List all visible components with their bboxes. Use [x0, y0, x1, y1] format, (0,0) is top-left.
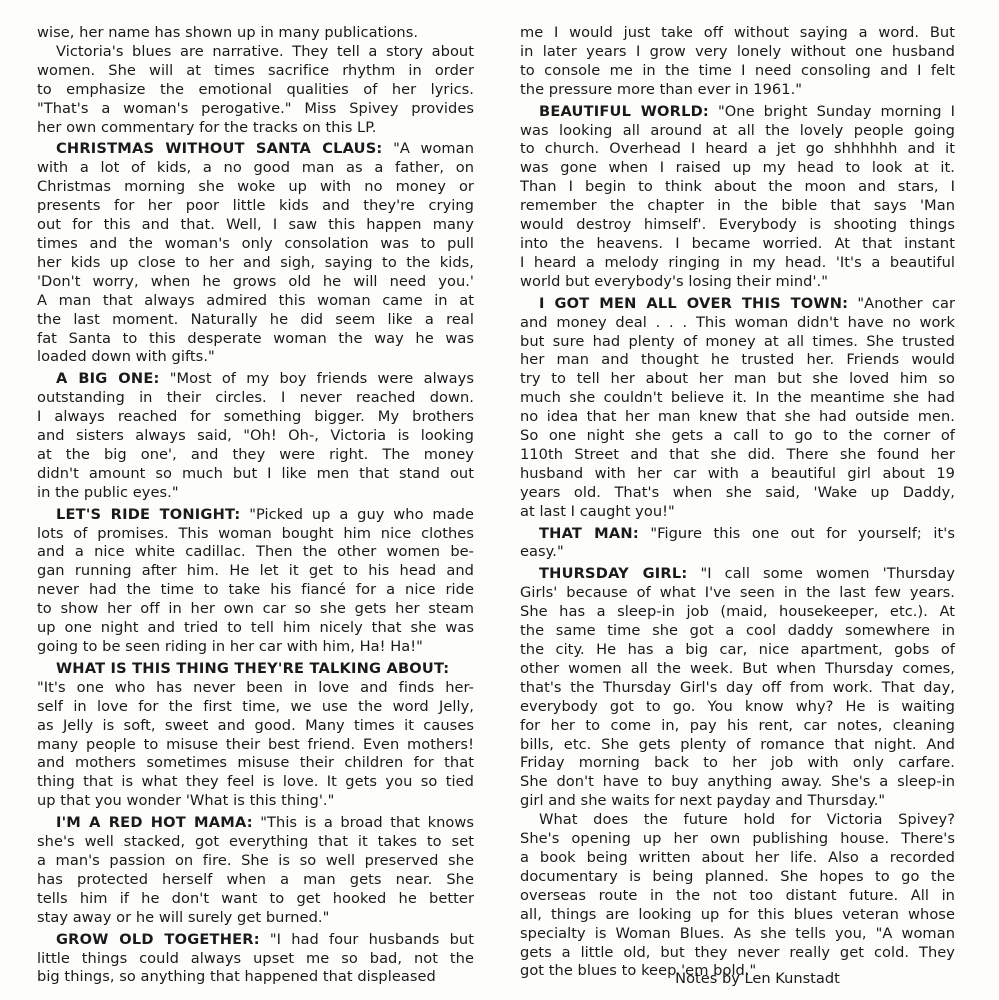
text-line: remember the chapter in the bible that s…: [520, 197, 955, 216]
text-line: stay away or he will surely get burned.": [37, 909, 474, 928]
paragraph-what-is-this-thing: WHAT IS THIS THING THEY'RE TALKING ABOUT…: [37, 660, 474, 811]
text-line: THAT MAN: "Figure this one out for yours…: [520, 525, 955, 544]
text-line: up that you wonder 'What is this thing'.…: [37, 792, 474, 811]
text-line: loaded down with gifts.": [37, 348, 474, 367]
text-line: in later years I grow very lonely withou…: [520, 43, 955, 62]
track-title: BEAUTIFUL WORLD:: [539, 103, 709, 120]
text-line: the last moment. Naturally he did seem l…: [37, 311, 474, 330]
text-line: fat Santa to this desperate woman the wa…: [37, 330, 474, 349]
text-line: "That's a woman's perogative." Miss Spiv…: [37, 100, 474, 119]
text-line: and sisters always said, "Oh! Oh-, Victo…: [37, 427, 474, 446]
text-line: world but everybody's losing their mind'…: [520, 273, 955, 292]
text-line: would destroy himself'. Everybody is sho…: [520, 216, 955, 235]
text-line: her kids up close to her and sigh, sayin…: [37, 254, 474, 273]
text-line: THURSDAY GIRL: "I call some women 'Thurs…: [520, 565, 955, 584]
text-line: other women all the week. But when Thurs…: [520, 660, 955, 679]
text-line: didn't amount so much but I like men tha…: [37, 465, 474, 484]
paragraph-beautiful-world: BEAUTIFUL WORLD: "One bright Sunday morn…: [520, 103, 955, 292]
text-line: to church. Overhead I heard a jet go shh…: [520, 140, 955, 159]
text-line: "It's one who has never been in love and…: [37, 679, 474, 698]
text-line: wise, her name has shown up in many publ…: [37, 24, 474, 43]
text-line: times and the woman's only consolation w…: [37, 235, 474, 254]
track-title: THURSDAY GIRL:: [539, 565, 687, 582]
left-column: wise, her name has shown up in many publ…: [37, 24, 474, 987]
text-line: easy.": [520, 543, 955, 562]
text-line: out for this and that. Well, I saw this …: [37, 216, 474, 235]
text-line: Victoria's blues are narrative. They tel…: [37, 43, 474, 62]
text-line: the city. He has a big car, nice apartme…: [520, 641, 955, 660]
track-title: GROW OLD TOGETHER:: [56, 931, 260, 948]
text-line: years old. That's when she said, 'Wake u…: [520, 484, 955, 503]
text-line: overseas route in the not too distant fu…: [520, 887, 955, 906]
text-line: she's well stacked, got everything that …: [37, 833, 474, 852]
text-line: lots of promises. This woman bought him …: [37, 525, 474, 544]
text-line: as Jelly is soft, sweet and good. Many t…: [37, 717, 474, 736]
text-line: Than I begin to think about the moon and…: [520, 178, 955, 197]
text-line: girl and she waits for next payday and T…: [520, 792, 955, 811]
text-line: never had the time to take his fiancé fo…: [37, 581, 474, 600]
text-line: She's opening up her own publishing hous…: [520, 830, 955, 849]
text-line: specialty is Woman Blues. As she tells y…: [520, 925, 955, 944]
text-line: documentary is being planned. She hopes …: [520, 868, 955, 887]
text-line: outstanding in their circles. I never re…: [37, 389, 474, 408]
paragraph-that-man: THAT MAN: "Figure this one out for yours…: [520, 525, 955, 563]
text-line: Christmas morning she woke up with no mo…: [37, 178, 474, 197]
paragraph-christmas-without-santa-claus: CHRISTMAS WITHOUT SANTA CLAUS: "A womanw…: [37, 140, 474, 367]
text-line: CHRISTMAS WITHOUT SANTA CLAUS: "A woman: [37, 140, 474, 159]
text-line: thing that is what they feel is love. It…: [37, 773, 474, 792]
track-title: A BIG ONE:: [56, 370, 160, 387]
text-line: everybody got to go. You know why? He is…: [520, 698, 955, 717]
text-line: me I would just take off without saying …: [520, 24, 955, 43]
track-title: CHRISTMAS WITHOUT SANTA CLAUS:: [56, 140, 382, 157]
text-line: 110th Street and that she did. There she…: [520, 446, 955, 465]
paragraph-grow-old-together: GROW OLD TOGETHER: "I had four husbands …: [37, 931, 474, 988]
track-title: LET'S RIDE TONIGHT:: [56, 506, 240, 523]
text-line: to show her off in her own car so she ge…: [37, 600, 474, 619]
text-line: BEAUTIFUL WORLD: "One bright Sunday morn…: [520, 103, 955, 122]
paragraph-narrative: Victoria's blues are narrative. They tel…: [37, 43, 474, 138]
paragraph-intro-end: wise, her name has shown up in many publ…: [37, 24, 474, 43]
text-line: up one night and tried to tell him nicel…: [37, 619, 474, 638]
text-line: She don't have to buy anything away. She…: [520, 773, 955, 792]
text-line: was gone when I raised up my head to loo…: [520, 159, 955, 178]
text-line: in the public eyes.": [37, 484, 474, 503]
text-line: gan running after him. He let it get to …: [37, 562, 474, 581]
track-title: WHAT IS THIS THING THEY'RE TALKING ABOUT…: [56, 660, 449, 677]
text-line: going to be seen riding in her car with …: [37, 638, 474, 657]
text-line: was looking all around at all the lovely…: [520, 122, 955, 141]
text-line: much she couldn't believe it. In the mea…: [520, 389, 955, 408]
text-line: A man that always admired this woman cam…: [37, 292, 474, 311]
liner-notes-page: wise, her name has shown up in many publ…: [0, 0, 999, 1000]
text-line: bills, etc. She gets plenty of romance t…: [520, 736, 955, 755]
text-line: a man's passion on fire. She is so well …: [37, 852, 474, 871]
paragraph-lets-ride-tonight: LET'S RIDE TONIGHT: "Picked up a guy who…: [37, 506, 474, 657]
text-line: She has a sleep-in job (maid, housekeepe…: [520, 603, 955, 622]
text-line: Friday morning back to her job with only…: [520, 754, 955, 773]
paragraph-a-big-one: A BIG ONE: "Most of my boy friends were …: [37, 370, 474, 502]
text-line: I always reached for something bigger. M…: [37, 408, 474, 427]
paragraph-i-got-men-all-over-this-town: I GOT MEN ALL OVER THIS TOWN: "Another c…: [520, 295, 955, 522]
text-line: GROW OLD TOGETHER: "I had four husbands …: [37, 931, 474, 950]
text-line: I GOT MEN ALL OVER THIS TOWN: "Another c…: [520, 295, 955, 314]
text-line: husband with her car with a beautiful gi…: [520, 465, 955, 484]
text-line: self in love for the first time, we use …: [37, 698, 474, 717]
text-line: with a lot of kids, a no good man as a f…: [37, 159, 474, 178]
paragraph-thursday-girl: THURSDAY GIRL: "I call some women 'Thurs…: [520, 565, 955, 811]
text-line: a book being written about her life. Als…: [520, 849, 955, 868]
notes-credit: Notes by Len Kunstadt: [520, 970, 955, 988]
paragraph-im-a-red-hot-mama: I'M A RED HOT MAMA: "This is a broad tha…: [37, 814, 474, 927]
text-line: at the big one', and they were right. Th…: [37, 446, 474, 465]
text-line: gets a little old, but they never really…: [520, 944, 955, 963]
text-line: I'M A RED HOT MAMA: "This is a broad tha…: [37, 814, 474, 833]
text-line: the pressure more than ever in 1961.": [520, 81, 955, 100]
text-line: to emphasize the emotional qualities of …: [37, 81, 474, 100]
text-line: women. She will at times sacrifice rhyth…: [37, 62, 474, 81]
text-line: try to tell her about her man but she lo…: [520, 370, 955, 389]
text-line: What does the future hold for Victoria S…: [520, 811, 955, 830]
track-title: THAT MAN:: [539, 525, 639, 542]
track-title: I GOT MEN ALL OVER THIS TOWN:: [539, 295, 848, 312]
text-line: A BIG ONE: "Most of my boy friends were …: [37, 370, 474, 389]
text-line: for her to come in, pay his rent, car no…: [520, 717, 955, 736]
text-line: many people to misuse their best friend.…: [37, 736, 474, 755]
text-line: little things could always upset me so b…: [37, 950, 474, 969]
text-line: I heard a melody ringing in my head. 'It…: [520, 254, 955, 273]
text-line: at last I caught you!": [520, 503, 955, 522]
text-line: the same time she got a cool daddy somew…: [520, 622, 955, 641]
text-line: and mothers sometimes misuse their child…: [37, 754, 474, 773]
text-line: tells him if he don't want to get hooked…: [37, 890, 474, 909]
paragraph-future: What does the future hold for Victoria S…: [520, 811, 955, 981]
text-line: and money deal . . . This woman didn't h…: [520, 314, 955, 333]
text-line: presents for her poor little kids and th…: [37, 197, 474, 216]
text-line: Girls' because of what I've seen in the …: [520, 584, 955, 603]
paragraph-grow-old-together-cont: me I would just take off without saying …: [520, 24, 955, 100]
right-column: me I would just take off without saying …: [520, 24, 955, 981]
text-line: and a nice white cadillac. Then the othe…: [37, 543, 474, 562]
text-line: all, things are looking up for this blue…: [520, 906, 955, 925]
text-line: big things, so anything that happened th…: [37, 968, 474, 987]
text-line: but sure had plenty of money at all time…: [520, 333, 955, 352]
text-line: no idea that her man knew that she had o…: [520, 408, 955, 427]
text-line: into the heavens. I became worried. At t…: [520, 235, 955, 254]
text-line: her man and thought he trusted her. Frie…: [520, 351, 955, 370]
track-title: I'M A RED HOT MAMA:: [56, 814, 253, 831]
text-line: has protected herself when a man gets ne…: [37, 871, 474, 890]
text-line: that's the Thursday Girl's day off from …: [520, 679, 955, 698]
text-line: 'Don't worry, when he grows old he will …: [37, 273, 474, 292]
text-line: to console me in the time I need consoli…: [520, 62, 955, 81]
text-line: WHAT IS THIS THING THEY'RE TALKING ABOUT…: [37, 660, 474, 679]
text-line: her own commentary for the tracks on thi…: [37, 119, 474, 138]
text-line: So one night she gets a call to go to th…: [520, 427, 955, 446]
text-line: LET'S RIDE TONIGHT: "Picked up a guy who…: [37, 506, 474, 525]
